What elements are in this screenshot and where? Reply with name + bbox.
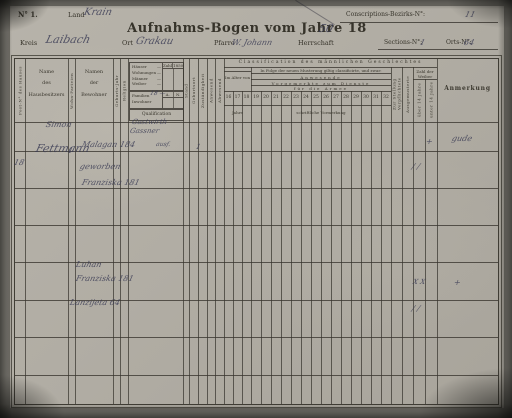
grid-line-vertical xyxy=(281,91,282,404)
grid-line-vertical xyxy=(113,59,114,404)
residents-line3: Bewohner xyxy=(75,92,113,98)
hw-resident-6: Lanzijeta 64 xyxy=(69,298,121,307)
grid-line-horizontal xyxy=(15,188,498,189)
grid-line-horizontal xyxy=(224,91,391,92)
grid-line-horizontal xyxy=(413,79,437,80)
hw-occupation-1: Gastwirth xyxy=(131,118,168,126)
sheet-number: N° 1. xyxy=(18,10,38,19)
age-column-header: 27 xyxy=(331,91,341,105)
hw-resident-2: geworben xyxy=(79,162,122,171)
section-label: Sections-N°: xyxy=(384,39,422,46)
grid-line-vertical xyxy=(261,91,262,404)
stats-row-weiber: Weiber xyxy=(132,81,146,87)
kreis-label: Kreis xyxy=(20,39,37,47)
column-header-parties: Wohn-Parteien xyxy=(68,61,75,120)
grid-line-vertical xyxy=(198,59,199,404)
classification-title: Classification des männlichen Geschlecht… xyxy=(224,60,437,66)
owner-line1: Name xyxy=(25,69,68,75)
weiber-title: Zahl der Weiber xyxy=(413,69,437,79)
owner-line2: des xyxy=(25,80,68,86)
stats-col-zahl: Zahl xyxy=(163,63,172,68)
stats-col-n: N. xyxy=(173,92,184,97)
column-header-weiber-ueber14: über 14 Jahre xyxy=(413,81,425,119)
grid-line-vertical xyxy=(291,91,292,404)
grid-line-horizontal xyxy=(251,73,391,74)
age-column-header: 18 xyxy=(242,91,251,105)
census-table: Post-N° des Hauses Name des Hausbesitzer… xyxy=(14,58,499,405)
grid-line-vertical xyxy=(321,91,322,404)
age-column-header: 30 xyxy=(361,91,371,105)
grid-line-vertical xyxy=(128,59,129,404)
grid-line-horizontal xyxy=(251,85,391,86)
age-column-header: 32 xyxy=(381,91,391,105)
age-column-header: 23 xyxy=(291,91,301,105)
hw-stats-note: 18 — xyxy=(149,90,166,97)
column-header-weiber-unter14: unter 14 Jahre xyxy=(425,81,437,119)
age-column-header: 29 xyxy=(351,91,361,105)
grid-line-vertical xyxy=(224,59,225,404)
grid-line-vertical xyxy=(189,59,190,404)
age-column-header: 17 xyxy=(233,91,242,105)
hw-kreis-value: Laibach xyxy=(44,33,91,46)
column-header-gestellte: Zur Stellung Verpflichtete xyxy=(391,69,402,119)
hw-orts-number: 64 xyxy=(463,38,475,47)
column-header-ausgemusterte: Ausgemusterte xyxy=(402,69,413,119)
age-column-header: 20 xyxy=(261,91,271,105)
column-header-zustaendigkeit: Zuständigkeit xyxy=(198,61,207,120)
hw-resident-5: Franziska 181 xyxy=(75,274,135,283)
grid-line-vertical xyxy=(311,91,312,404)
age-column-header: 22 xyxy=(281,91,291,105)
grid-line-vertical xyxy=(381,91,382,404)
column-header-anmerkung: Anmerkung xyxy=(437,85,498,93)
grid-line-vertical xyxy=(242,91,243,404)
hw-resident-1: Malagan 184 xyxy=(81,140,136,149)
grid-line-vertical xyxy=(371,91,372,404)
grid-line-vertical xyxy=(351,91,352,404)
grid-line-horizontal xyxy=(224,71,251,72)
hw-owner-firstname: Simon xyxy=(45,120,73,129)
column-header-house-number: Post-N° des Hauses xyxy=(15,61,25,120)
grid-line-vertical xyxy=(361,91,362,404)
grid-line-horizontal xyxy=(15,375,498,376)
age-column-header: 21 xyxy=(271,91,281,105)
stats-col-1850: 1850 xyxy=(172,63,183,68)
form-paper: N° 1. Land Conscriptions-Bezirks-N°: Auf… xyxy=(10,6,504,408)
grid-line-vertical xyxy=(215,59,216,404)
age-column-header: 26 xyxy=(321,91,331,105)
hw-occupation-3: ausf. xyxy=(155,141,171,148)
grid-line-vertical xyxy=(120,59,121,404)
column-header-religion: Religion xyxy=(120,61,128,120)
hw-land-value: Krain xyxy=(83,7,114,18)
column-header-owner: Name des Hausbesitzers xyxy=(25,69,68,98)
grid-line-horizontal xyxy=(224,67,437,68)
grid-line-vertical xyxy=(301,91,302,404)
hw-pfarre-value: W. Johann xyxy=(231,38,273,47)
grid-line-vertical xyxy=(341,91,342,404)
owner-line3: Hausbesitzers xyxy=(25,92,68,98)
grid-line-vertical xyxy=(233,91,234,404)
hw-occupation-2: Gassner xyxy=(129,127,160,135)
conscription-district-label: Conscriptions-Bezirks-N°: xyxy=(346,11,425,18)
grid-line-vertical xyxy=(251,67,252,404)
grid-line-vertical xyxy=(207,59,208,404)
age-column-header: 16 xyxy=(224,91,233,105)
grid-line-horizontal xyxy=(15,122,498,123)
column-header-abwesend: Abwesend xyxy=(215,61,224,120)
stats-row-inwohner: Inwohner xyxy=(132,99,151,105)
column-header-residents: Namen der Bewohner xyxy=(75,69,113,98)
settlement-stats-box: Häuser— Wohnungen— Männer— Weiber— Zahl1… xyxy=(129,62,184,91)
hw-ort-value: Grakau xyxy=(135,36,175,47)
hw-remark-1: gude xyxy=(451,134,473,143)
grid-line-horizontal xyxy=(251,79,391,80)
hw-section-number: 1 xyxy=(419,38,426,47)
age-column-header: 24 xyxy=(301,91,311,105)
grid-line-vertical xyxy=(68,59,69,404)
grid-line-horizontal xyxy=(15,225,498,226)
grid-line-horizontal xyxy=(224,105,391,106)
column-header-birthyear: Geburts-Jahr xyxy=(113,61,120,120)
grid-line-vertical xyxy=(183,59,184,404)
nachwuchs-label: Im Alter von xyxy=(224,75,251,80)
column-header-geburtsort: Geburtsort xyxy=(189,61,198,120)
hw-x-marks: X X xyxy=(412,278,426,286)
hw-bezirk-number: 11 xyxy=(464,10,476,19)
ort-label: Ort xyxy=(122,39,133,47)
grid-line-vertical xyxy=(425,79,426,404)
age-columns-nachwuchs: 161718 xyxy=(224,91,251,105)
grid-line-vertical xyxy=(271,91,272,404)
age-column-header: 25 xyxy=(311,91,321,105)
age-column-header: 28 xyxy=(341,91,351,105)
stats-columns: Zahl1850 xyxy=(162,63,183,90)
grid-line-vertical xyxy=(413,67,414,404)
scanned-document-photo: N° 1. Land Conscriptions-Bezirks-N°: Auf… xyxy=(0,0,512,418)
grid-line-vertical xyxy=(402,67,403,404)
grid-line-vertical xyxy=(437,59,438,404)
grid-line-vertical xyxy=(331,91,332,404)
herrschaft-label: Herrschaft xyxy=(298,39,334,47)
residents-line2: der xyxy=(75,80,113,86)
grid-line-vertical xyxy=(25,59,26,404)
hw-resident-4: Luhan xyxy=(75,260,103,269)
residents-line1: Namen xyxy=(75,69,113,75)
grid-line-vertical xyxy=(391,67,392,404)
jahre-footer: Jahre xyxy=(224,110,251,115)
rule-line xyxy=(378,49,498,50)
column-header-anwesend: Anwesend xyxy=(207,61,215,120)
stats-row-labels: Häuser— Wohnungen— Männer— Weiber— xyxy=(130,63,162,90)
age-column-header: 19 xyxy=(251,91,261,105)
grid-line-horizontal xyxy=(15,337,498,338)
grid-line-vertical xyxy=(75,59,76,404)
age-column-header: 31 xyxy=(371,91,381,105)
hw-resident-3: Franziska 181 xyxy=(81,178,141,187)
